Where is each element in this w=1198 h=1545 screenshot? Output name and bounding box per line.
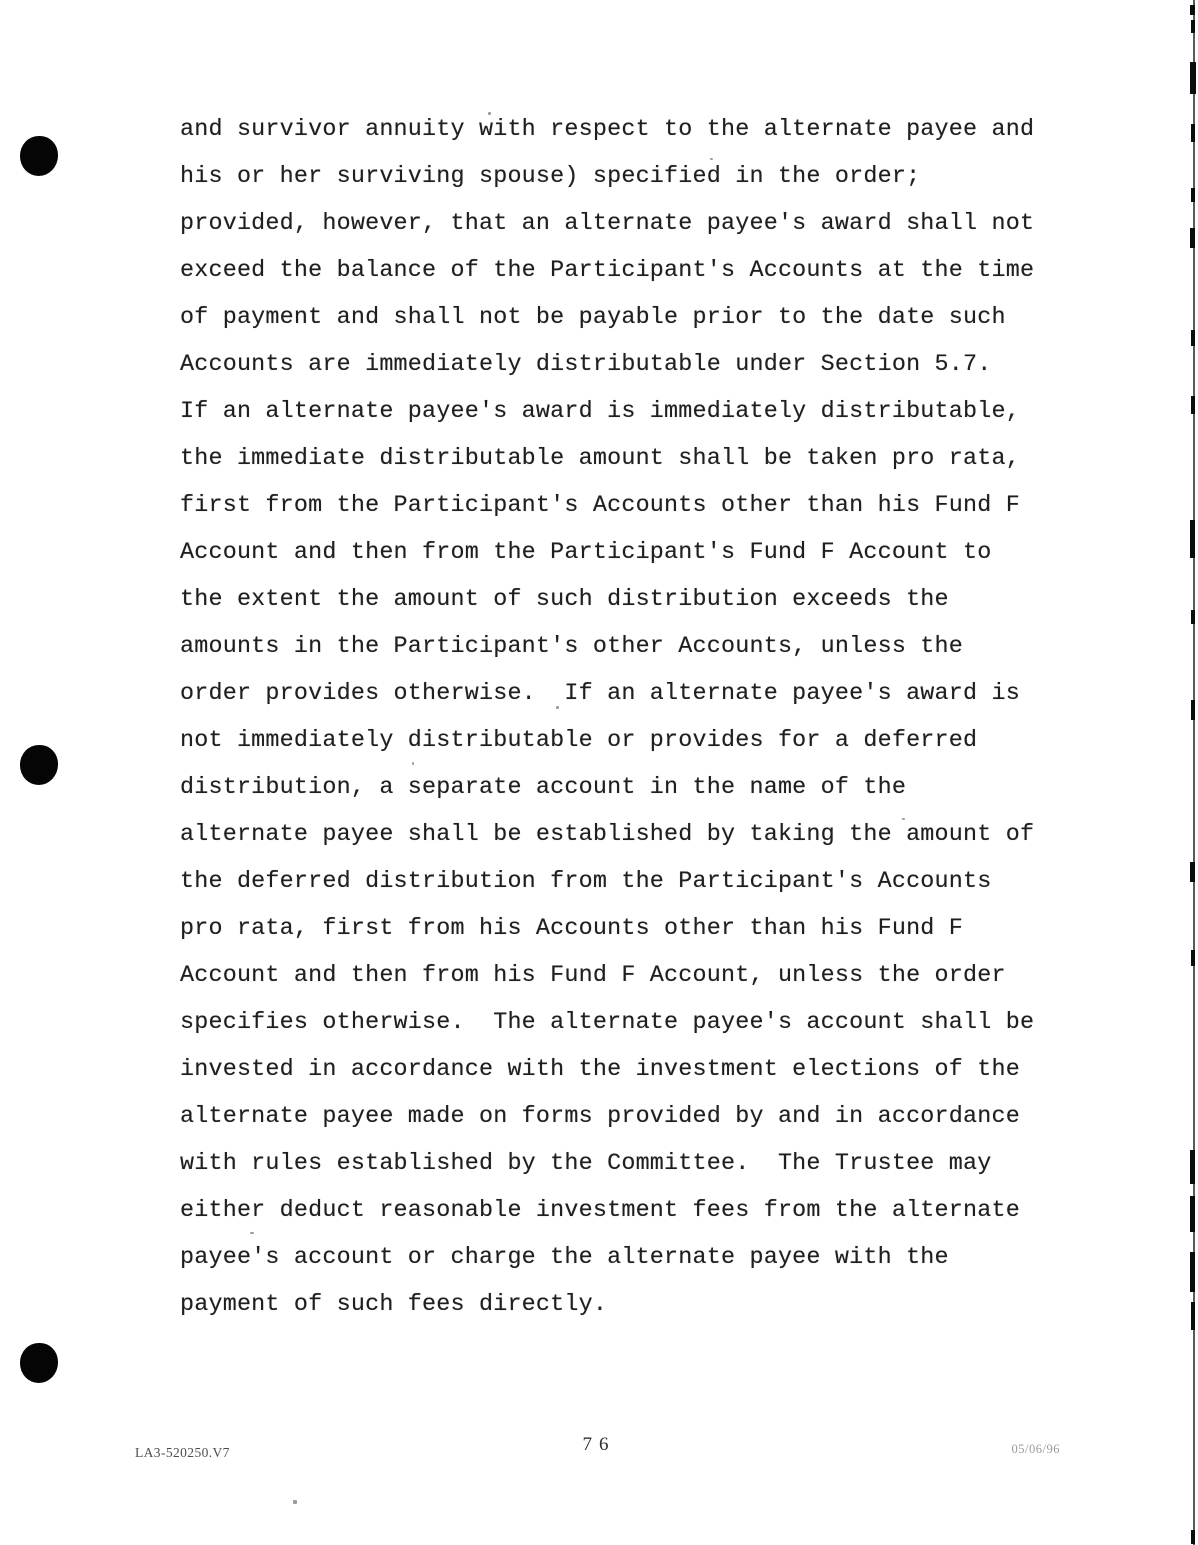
scanned-page: and survivor annuity with respect to the… [0, 0, 1198, 1545]
scan-artifact [1190, 862, 1195, 882]
scan-artifact [1190, 228, 1195, 248]
scan-speck [710, 158, 713, 160]
scan-artifact [1190, 1196, 1195, 1232]
scan-artifact [1190, 5, 1195, 15]
scan-artifact [1191, 1302, 1195, 1330]
scan-speck [488, 112, 491, 115]
scan-speck [293, 1500, 297, 1504]
scan-artifact [1190, 520, 1195, 558]
scan-artifact [1191, 330, 1195, 346]
punch-hole [20, 1343, 58, 1383]
scan-artifact [1191, 188, 1195, 202]
scan-artifact [1190, 1150, 1195, 1184]
scan-artifact [1190, 62, 1196, 94]
scan-artifact [1191, 396, 1195, 414]
scan-speck [902, 818, 905, 820]
scan-artifact [1191, 610, 1195, 624]
scan-speck [250, 1232, 254, 1234]
document-body-text: and survivor annuity with respect to the… [180, 107, 1034, 1329]
scan-speck [412, 762, 414, 765]
scan-artifact [1191, 124, 1195, 142]
scan-artifact [1191, 950, 1195, 966]
punch-hole [20, 136, 58, 176]
punch-hole [20, 745, 58, 785]
scan-artifact [1191, 20, 1195, 33]
scan-artifact [1191, 1530, 1195, 1544]
scan-artifact [1191, 700, 1195, 720]
scan-speck [556, 706, 559, 709]
scan-artifact [1190, 1252, 1195, 1292]
footer-date: 05/06/96 [1012, 1442, 1060, 1457]
